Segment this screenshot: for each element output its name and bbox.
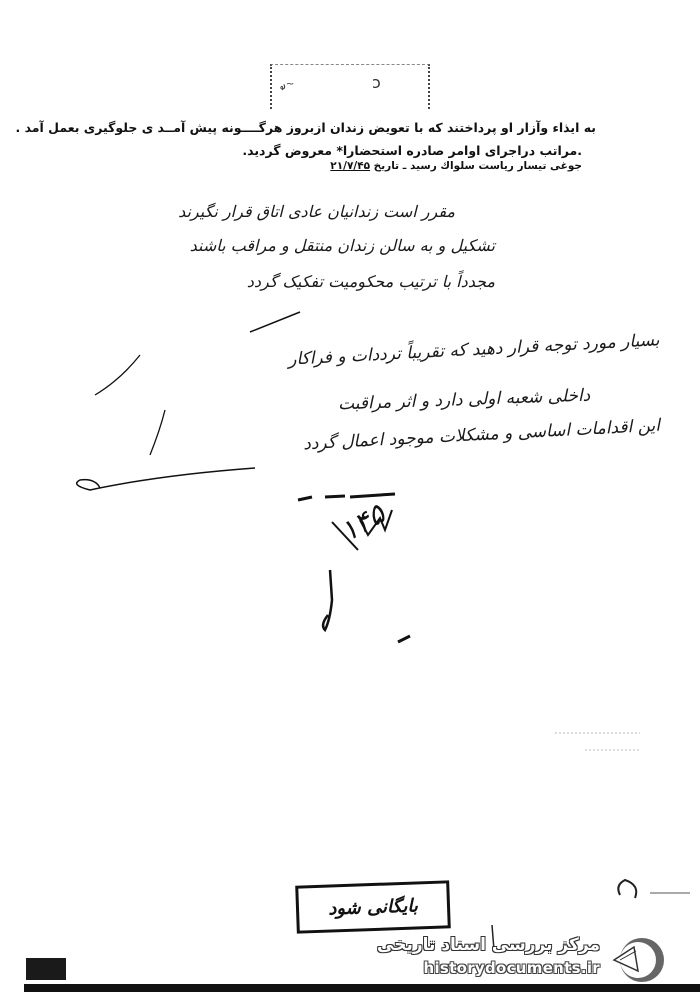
stroke-connector-3 [150, 410, 165, 455]
watermark-latin: historydocuments.ir [423, 959, 600, 977]
pen-strokes [0, 0, 700, 992]
watermark-persian: مرکز بررسی اسناد تاریخی [377, 935, 600, 955]
watermark: مرکز بررسی اسناد تاریخی historydocuments… [370, 935, 670, 985]
bottom-edge-bar [24, 984, 700, 992]
ink-blot [398, 636, 410, 642]
stroke-connector-2 [95, 355, 140, 395]
signature-tail [323, 570, 332, 630]
stroke-connector-1 [250, 312, 300, 332]
signature-dash [298, 494, 395, 500]
signature-underline [77, 468, 255, 490]
bottom-stamp: بایگانی شود [295, 880, 451, 933]
corner-artifact [26, 958, 66, 980]
corner-scribble [618, 880, 636, 898]
watermark-logo-icon [608, 935, 664, 985]
faint-marks [555, 733, 640, 750]
